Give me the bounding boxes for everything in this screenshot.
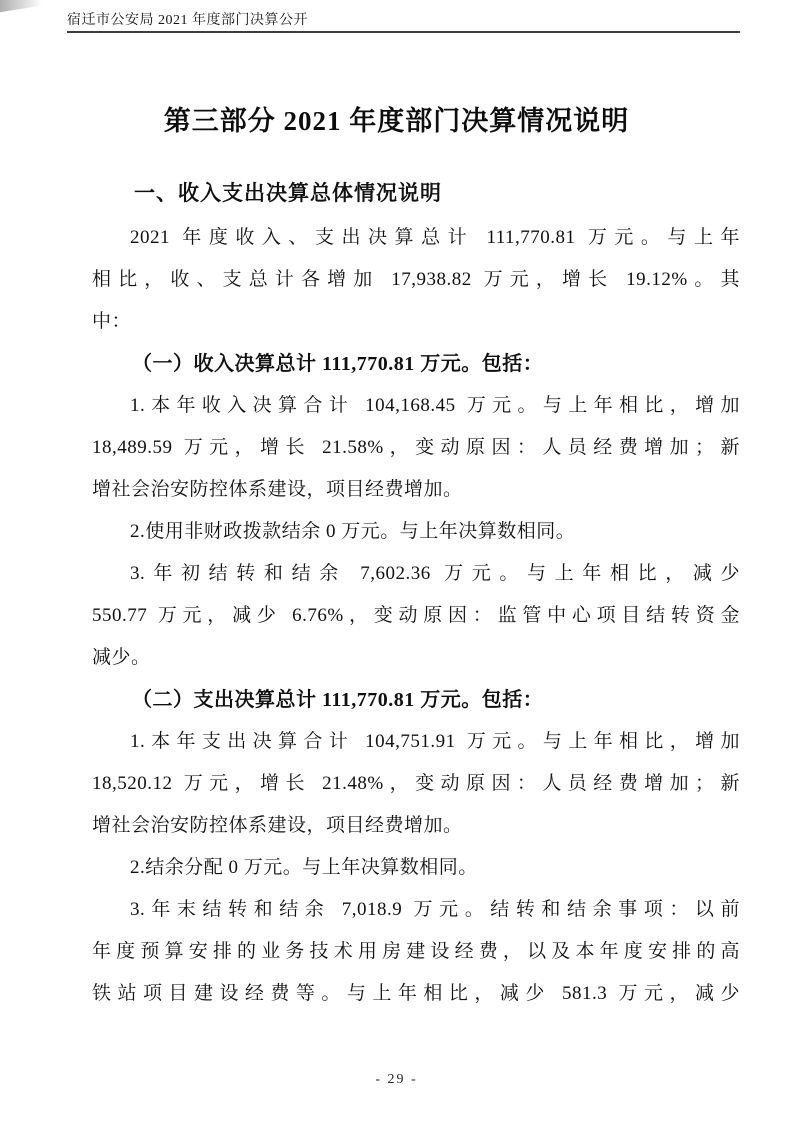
paragraph-line: 3.年初结转和结余 7,602.36 万元。与上年相比，减少	[92, 553, 740, 595]
paragraph-line: 3.年末结转和结余 7,018.9 万元。结转和结余事项：以前	[92, 889, 740, 931]
paragraph-line: 铁站项目建设经费等。与上年相比，减少 581.3 万元，减少	[92, 973, 740, 1015]
paragraph-line: 18,520.12 万元，增长 21.48%，变动原因：人员经费增加；新	[92, 763, 740, 805]
paragraph-line: 2021 年度收入、支出决算总计 111,770.81 万元。与上年	[92, 217, 740, 259]
paragraph-line: 1.本年收入决算合计 104,168.45 万元。与上年相比，增加	[92, 385, 740, 427]
page-header: 宿迁市公安局 2021 年度部门决算公开	[67, 0, 740, 33]
paragraph-line: 增社会治安防控体系建设，项目经费增加。	[92, 805, 740, 847]
paragraph-line: 550.77 万元，减少 6.76%，变动原因：监管中心项目结转资金	[92, 595, 740, 637]
paragraph-line: 减少。	[92, 637, 740, 679]
paragraph-line: 2.结余分配 0 万元。与上年决算数相同。	[92, 847, 740, 889]
paragraph-line: 中：	[92, 301, 740, 343]
scan-smudge-artifact	[0, 0, 67, 14]
paragraph-line: 1.本年支出决算合计 104,751.91 万元。与上年相比，增加	[92, 721, 740, 763]
paragraph-line: 增社会治安防控体系建设，项目经费增加。	[92, 469, 740, 511]
page-title: 第三部分 2021 年度部门决算情况说明	[0, 98, 793, 144]
sub-heading: （二）支出决算总计 111,770.81 万元。包括：	[92, 679, 740, 721]
header-text: 宿迁市公安局 2021 年度部门决算公开	[67, 13, 308, 28]
sub-heading: （一）收入决算总计 111,770.81 万元。包括：	[92, 343, 740, 385]
page-number: - 29 -	[0, 1072, 793, 1088]
document-body: 一、收入支出决算总体情况说明 2021 年度收入、支出决算总计 111,770.…	[92, 172, 740, 1015]
section-heading: 一、收入支出决算总体情况说明	[92, 172, 740, 214]
paragraph-line: 相比，收、支总计各增加 17,938.82 万元，增长 19.12%。其	[92, 259, 740, 301]
paragraph-line: 年度预算安排的业务技术用房建设经费，以及本年度安排的高	[92, 931, 740, 973]
paragraph-line: 18,489.59 万元，增长 21.58%，变动原因：人员经费增加；新	[92, 427, 740, 469]
paragraph-line: 2.使用非财政拨款结余 0 万元。与上年决算数相同。	[92, 511, 740, 553]
document-page: 宿迁市公安局 2021 年度部门决算公开 第三部分 2021 年度部门决算情况说…	[0, 0, 793, 1122]
